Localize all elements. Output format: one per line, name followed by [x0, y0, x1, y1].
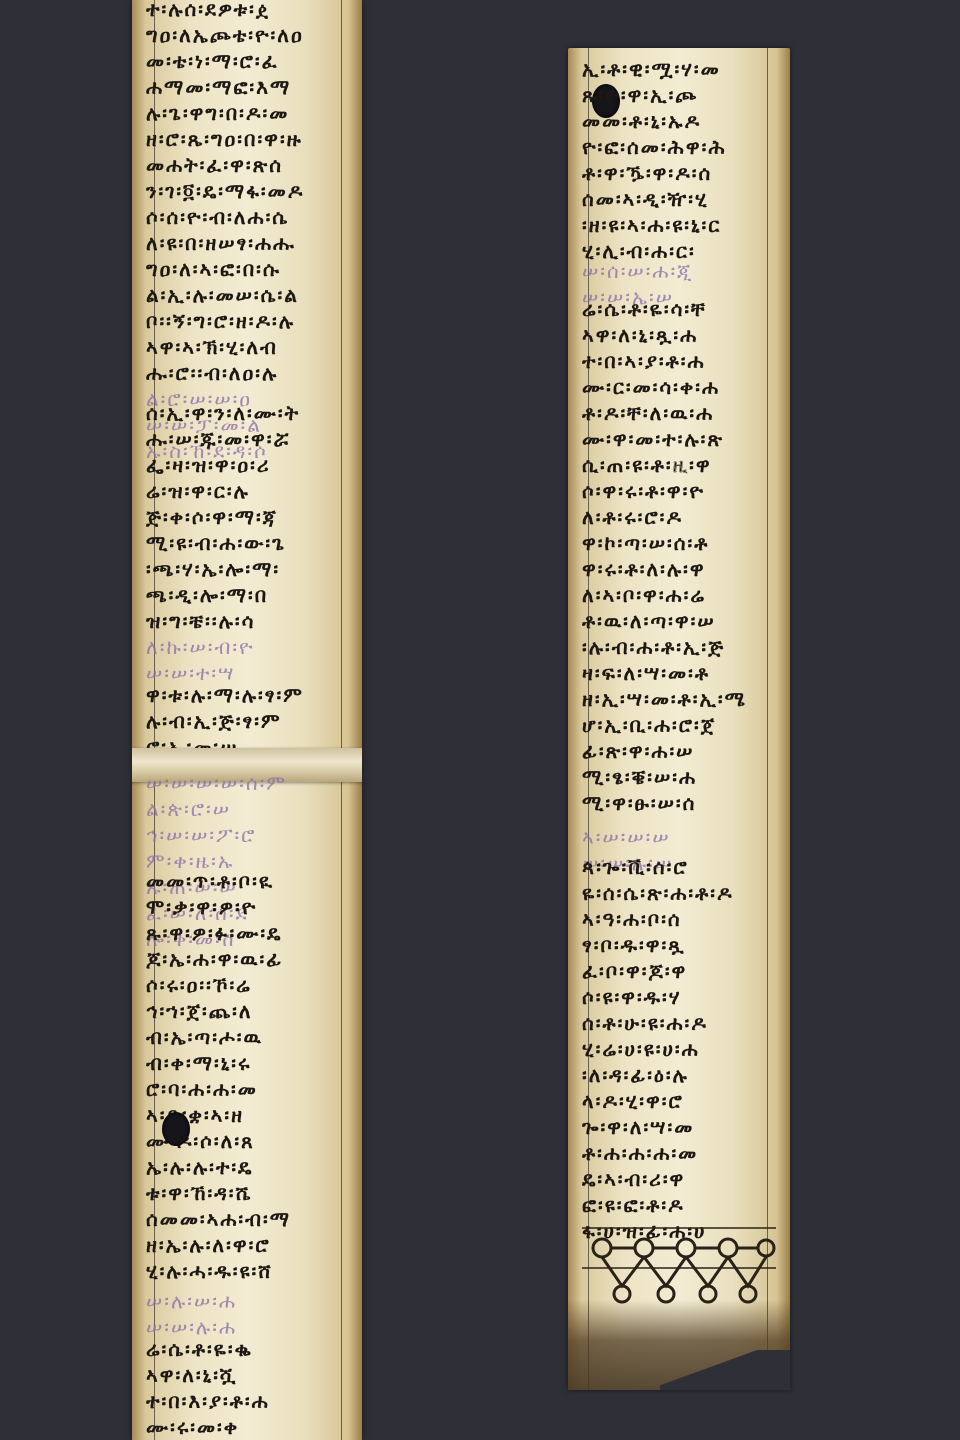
script-line: ቶ፡ዉ፡ለ፡ጣ፡ዋ፡ሠ	[582, 608, 776, 634]
script-line: መመ፡ቶ፡ኒ፡ኡዶ	[582, 108, 776, 134]
script-line: ሑ፡ሠ፡ጁ፡መ፡ዋ፡ሯ	[146, 426, 348, 452]
script-line: ሑ፡ሮ፡፡ብ፡ለዐ፡ሉ	[146, 360, 348, 386]
script-line: ፌ፡ዛ፡ዝ፡ዋ፡ዐ፡ሪ	[146, 452, 348, 478]
script-line: ጹ፡ዋ፡ዎ፡ፉ፡ሙ፡ዴ	[146, 920, 348, 946]
script-line: ዘ፡ሮ፡ጼ፡ግዐ፡በ፡ዋ፡ዙ	[146, 126, 348, 152]
script-line: ሂ፡ሉ፡ሓ፡ዱ፡ዩ፡ሸ	[146, 1258, 348, 1284]
script-line: ሰመ፡ኣ፡ዲ፡ዥ፡ሂ	[582, 186, 776, 212]
script-line: ለ፡ቶ፡ሩ፡ሮ፡ዶ	[582, 504, 776, 530]
script-line: ብ፡ቀ፡ማ፡ኒ፡ሩ	[146, 1050, 348, 1076]
script-line: ፡ለ፡ዳ፡ፊ፡ዕ፡ሉ	[582, 1062, 776, 1088]
script-line: ፈ፡ቦ፡ዋ፡ጆ፡ዋ	[582, 958, 776, 984]
script-line: ኤ፡ሉ፡ሉ፡ተ፡ዴ	[146, 1154, 348, 1180]
script-line: ሮ፡ባ፡ሐ፡ሐ፡መ	[146, 1076, 348, 1102]
script-line: ሙ፡ር፡መ፡ሳ፡ቀ፡ሐ	[582, 374, 776, 400]
script-line: ፃ፡ቦ፡ዱ፡ዋ፡ጿ	[582, 932, 776, 958]
script-line: ሉ፡ብ፡ኢ፡ጅ፡ፃ፡ም	[146, 708, 348, 734]
script-line: ሆ፡ኢ፡ቢ፡ሐ፡ሮ፡ጀ	[582, 712, 776, 738]
script-line: ዋ፡ሩ፡ቶ፡ለ፡ሉ፡ዋ	[582, 556, 776, 582]
script-line: ሰመመ፡ኣሐ፡ብ፡ማ	[146, 1206, 348, 1232]
script-line: ኣ፡ዓ፡ሐ፡ቦ፡ሰ	[582, 906, 776, 932]
script-line: ጐ፡ዋ፡ለ፡ሣ፡መ	[582, 1114, 776, 1140]
text-upper: ተ፡ሉሰ፡ደዎቱ፡ዸግዐ፡ለኤጮቴ፡ዮ፡ለዐመ፡ቴ፡ነ፡ማ፡ሮ፡ፈሐማመ፡ማፎ፡…	[146, 0, 348, 386]
text-lower: ጳ፡ጐ፡ቪ፡ሰ፡ሮዬ፡ሰ፡ሴ፡ጽ፡ሐ፡ቶ፡ዶኣ፡ዓ፡ሐ፡ቦ፡ሰፃ፡ቦ፡ዱ፡ዋ፡ጿ…	[582, 854, 776, 1244]
script-line: ዘ፡ኢ፡ሣ፡መ፡ቶ፡ኢ፡ሜ	[582, 686, 776, 712]
script-line: ዘ፡ኤ፡ሉ፡ለ፡ዋ፡ሮ	[146, 1232, 348, 1258]
script-line: ፡ሉ፡ብ፡ሐ፡ቶ፡ኢ፡ጅ	[582, 634, 776, 660]
script-line: ሠ፡ሰ፡ሠ፡ሐ፡ጂ	[582, 258, 776, 284]
script-line: ሉ፡ጌ፡ዋግ፡በ፡ዶ፡መ	[146, 100, 348, 126]
script-line: ን፡ገ፡፬፡ዴ፡ማፋ፡መዶ	[146, 178, 348, 204]
script-line: ግዐ፡ለኤጮቴ፡ዮ፡ለዐ	[146, 22, 348, 48]
script-line: ሚ፡ፄ፡ቔ፡ሠ፡ሐ	[582, 764, 776, 790]
script-line: ኣ፡ሠ፡ሠ፡ሠ	[582, 824, 776, 850]
scroll-strip-left: ተ፡ሉሰ፡ደዎቱ፡ዸግዐ፡ለኤጮቴ፡ዮ፡ለዐመ፡ቴ፡ነ፡ማ፡ሮ፡ፈሐማመ፡ማፎ፡…	[132, 0, 362, 1440]
script-line: ዴ፡ኣ፡ብ፡ሪ፡ዋ	[582, 1166, 776, 1192]
script-line: ኣዋ፡ኣ፡ኽ፡ሂ፡ለብ	[146, 334, 348, 360]
script-line: ሶ፡ዋ፡ሩ፡ቶ፡ዋ፡ዮ	[582, 478, 776, 504]
script-line: ሬ፡ሴ፡ቶ፡ዬ፡ቈ	[146, 1336, 348, 1362]
script-line: ዮ፡ፎ፡ሰመ፡ሕዋ፡ሕ	[582, 134, 776, 160]
script-line: ኣዋ፡ለ፡ኒ፡ሿ	[146, 1362, 348, 1388]
torn-fold	[660, 1350, 790, 1390]
script-line: ጹ፡ዮ፡ዋ፡ኢ፡ጮ	[582, 82, 776, 108]
punch-hole	[162, 1112, 190, 1146]
script-line: ሠ፡ሉ፡ሠ፡ሐ	[146, 1288, 348, 1314]
script-line: ሶ፡ዩ፡ዋ፡ዱ፡ሃ	[582, 984, 776, 1010]
script-line: ሞ፡ቃ፡ዋ፡ዎ፡ዮ	[146, 894, 348, 920]
script-line: ጳ፡ጐ፡ቪ፡ሰ፡ሮ	[582, 854, 776, 880]
script-line: ተ፡በ፡ኣ፡ያ፡ቶ፡ሐ	[582, 348, 776, 374]
text-middle: ሰ፡ኢ፡ዋ፡ን፡ለ፡ሙ፡ትሑ፡ሠ፡ጁ፡መ፡ዋ፡ሯፌ፡ዛ፡ዝ፡ዋ፡ዐ፡ሪሬ፡ዝ፡ዋ…	[146, 400, 348, 634]
text-upper: ኢ፡ቶ፡ዊ፡ሟ፡ሃ፡መጹ፡ዮ፡ዋ፡ኢ፡ጮመመ፡ቶ፡ኒ፡ኡዶዮ፡ፎ፡ሰመ፡ሕዋ፡ሕ…	[582, 56, 776, 264]
script-line: ጆ፡ኤ፡ሐ፡ዋ፡ዉ፡ፊ	[146, 946, 348, 972]
script-line: ቦ፡፡ኝ፡ግ፡ሮ፡ዘ፡ዶ፡ሉ	[146, 308, 348, 334]
script-line: ቶ፡ዶ፡ቸ፡ለ፡ዉ፡ሐ	[582, 400, 776, 426]
script-line: ለ፡ኣ፡ቦ፡ዋ፡ሐ፡ሬ	[582, 582, 776, 608]
script-line: ብ፡ኤ፡ጣ፡ሖ፡ዉ	[146, 1024, 348, 1050]
script-line: ዋ፡ኮ፡ጣ፡ሠ፡ሰ፡ቶ	[582, 530, 776, 556]
script-line: ቶ፡ዋ፡ዄ፡ዋ፡ዶ፡ሰ	[582, 160, 776, 186]
script-line: ሚ፡ዋ፡ፁ፡ሠ፡ሰ	[582, 790, 776, 816]
scroll-strip-right: ኢ፡ቶ፡ዊ፡ሟ፡ሃ፡መጹ፡ዮ፡ዋ፡ኢ፡ጮመመ፡ቶ፡ኒ፡ኡዶዮ፡ፎ፡ሰመ፡ሕዋ፡ሕ…	[568, 48, 790, 1390]
script-line: ዋ፡ቱ፡ሉ፡ማ፡ሉ፡ፃ፡ም	[146, 682, 348, 708]
text-bottom-purple: ሠ፡ሉ፡ሠ፡ሐሠ፡ሠ፡ሉ፡ሐ	[146, 1288, 348, 1340]
script-line: ኢ፡ቶ፡ዊ፡ሟ፡ሃ፡መ	[582, 56, 776, 82]
script-line: ፡ዘ፡ዩ፡ኣ፡ሐ፡ዩ፡ኒ፡ር	[582, 212, 776, 238]
script-line: ሂ፡ሬ፡ሀ፡ዩ፡ሀ፡ሐ	[582, 1036, 776, 1062]
script-line: ሚ፡ዩ፡ብ፡ሐ፡ው፡ጌ	[146, 530, 348, 556]
script-line: መ፡ቴ፡ነ፡ማ፡ሮ፡ፈ	[146, 48, 348, 74]
script-line: ጅ፡ቀ፡ሶ፡ዋ፡ማ፡ጃ	[146, 504, 348, 530]
script-line: ሰ፡ቶ፡ሁ፡ዩ፡ሐ፡ዶ	[582, 1010, 776, 1036]
script-line: ሬ፡ዝ፡ዋ፡ር፡ሉ	[146, 478, 348, 504]
script-line: ሠ፡ሠ፡ሠ፡ሠ፡ሰ፡ም	[146, 770, 348, 796]
script-line: ኣዋ፡ለ፡ኒ፡ጿ፡ሐ	[582, 322, 776, 348]
script-line: ዛ፡ፍ፡ለ፡ሣ፡መ፡ቶ	[582, 660, 776, 686]
script-line: ፡ጫ፡ሃ፡ኤ፡ሎ፡ማ፡	[146, 556, 348, 582]
script-line: ሲ፡ጠ፡ዩ፡ቶ፡ዚ፡ዋ	[582, 452, 776, 478]
script-line: ጫ፡ዲ፡ሎ፡ማ፡በ	[146, 582, 348, 608]
script-line: ግዐ፡ለ፡ኣ፡ፎ፡በ፡ሱ	[146, 256, 348, 282]
script-line: ል፡ጵ፡ሮ፡ሠ	[146, 796, 348, 822]
script-line: ል፡ኢ፡ሉ፡መሠ፡ሴ፡ል	[146, 282, 348, 308]
text-middle: ሬ፡ሴ፡ቶ፡ዬ፡ሳ፡ቸኣዋ፡ለ፡ኒ፡ጿ፡ሐተ፡በ፡ኣ፡ያ፡ቶ፡ሐሙ፡ር፡መ፡ሳ፡…	[582, 296, 776, 816]
script-line: መመ፡ጥ፡ቶ፡ቦ፡ዪ	[146, 868, 348, 894]
script-line: ሰ፡ኢ፡ዋ፡ን፡ለ፡ሙ፡ት	[146, 400, 348, 426]
script-line: ተ፡በ፡እ፡ያ፡ቶ፡ሐ	[146, 1388, 348, 1414]
script-line: ሶ፡ሩ፡ዐ፡፡ኾ፡ሬ	[146, 972, 348, 998]
script-line: ለ፡ዩ፡በ፡ዘሠፃ፡ሐሑ	[146, 230, 348, 256]
script-line: ተ፡ሉሰ፡ደዎቱ፡ዸ	[146, 0, 348, 22]
script-line: ሙ፡ዋ፡መ፡ተ፡ሉ፡ጽ	[582, 426, 776, 452]
script-line: ሬ፡ሴ፡ቶ፡ዬ፡ሳ፡ቸ	[582, 296, 776, 322]
text-bottom: ሬ፡ሴ፡ቶ፡ዬ፡ቈኣዋ፡ለ፡ኒ፡ሿተ፡በ፡እ፡ያ፡ቶ፡ሐሙ፡ሩ፡መ፡ቀ	[146, 1336, 348, 1440]
script-line: ለ፡ኩ፡ሠ፡ብ፡ዮ	[146, 634, 348, 660]
text-middle-purple: ለ፡ኩ፡ሠ፡ብ፡ዮሠ፡ሠ፡ተ፡ሣ	[146, 634, 348, 686]
script-line: ፊ፡ጽ፡ዋ፡ሐ፡ሠ	[582, 738, 776, 764]
script-line: ሙ፡ሩ፡መ፡ቀ	[146, 1414, 348, 1440]
script-line: ኅ፡ኀ፡ጀ፡ጨ፡ለ	[146, 998, 348, 1024]
script-line: ሐማመ፡ማፎ፡እማ	[146, 74, 348, 100]
script-line: ቱ፡ዋ፡ኸ፡ዳ፡ሼ	[146, 1180, 348, 1206]
script-line: ዬ፡ሰ፡ሴ፡ጽ፡ሐ፡ቶ፡ዶ	[582, 880, 776, 906]
script-line: መሐት፡ፈ፡ዋ፡ጽሰ	[146, 152, 348, 178]
script-line: ኅ፡ሠ፡ሠ፡ፖ፡ሮ	[146, 822, 348, 848]
script-line: ላ፡ዶ፡ሂ፡ዋ፡ሮ	[582, 1088, 776, 1114]
script-line: ቶ፡ሐ፡ሐ፡ሐ፡መ	[582, 1140, 776, 1166]
script-line: ዝ፡ግ፡ቼ፡፡ሉ፡ሳ	[146, 608, 348, 634]
text-lower: መመ፡ጥ፡ቶ፡ቦ፡ዪሞ፡ቃ፡ዋ፡ዎ፡ዮጹ፡ዋ፡ዎ፡ፉ፡ሙ፡ዴጆ፡ኤ፡ሐ፡ዋ፡ዉ፡…	[146, 868, 348, 1284]
script-line: ሶ፡ሰ፡ዮ፡ብ፡ለሐ፡ሴ	[146, 204, 348, 230]
script-line: ፎ፡ዩ፡ፎ፡ቶ፡ዶ	[582, 1192, 776, 1218]
